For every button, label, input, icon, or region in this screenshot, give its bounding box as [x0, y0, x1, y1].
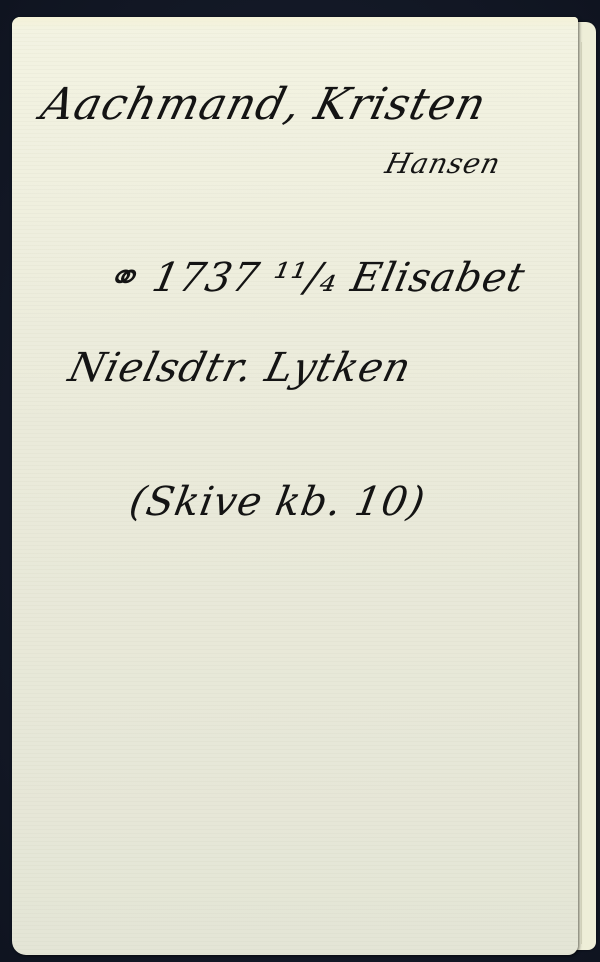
- source-reference: (Skive kb. 10): [126, 479, 429, 525]
- name-continuation: Hansen: [382, 147, 504, 180]
- spouse-name: Nielsdtr. Lytken: [64, 345, 416, 391]
- marriage-entry: ⚭ 1737 ¹¹/₄ Elisabet: [100, 255, 529, 301]
- name-heading: Aachmand, Kristen: [36, 79, 492, 130]
- index-card: Aachmand, Kristen Hansen ⚭ 1737 ¹¹/₄ Eli…: [12, 17, 578, 955]
